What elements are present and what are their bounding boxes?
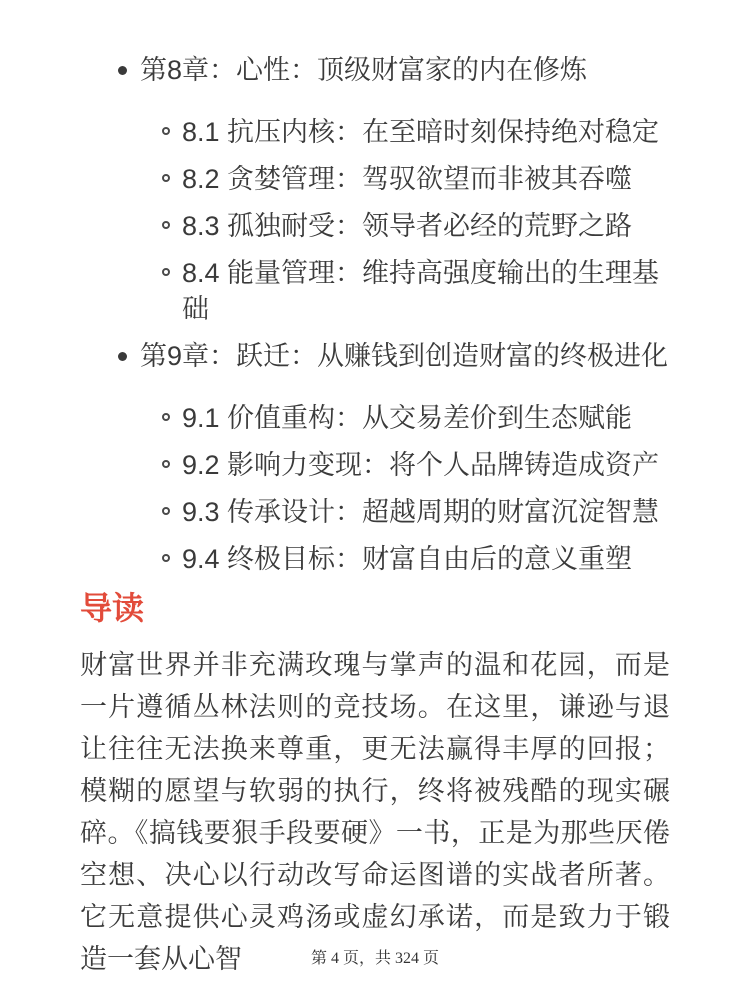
bullet-icon [118,66,127,75]
document-page: 第8章：心性：顶级财富家的内在修炼 8.1 抗压内核：在至暗时刻保持绝对稳定 8… [0,0,750,1000]
circle-icon [162,174,170,182]
toc-section-9-4: 9.4 终极目标：财富自由后的意义重塑 [80,541,670,577]
toc-section-9-1: 9.1 价值重构：从交易差价到生态赋能 [80,400,670,436]
section-title: 9.1 价值重构：从交易差价到生态赋能 [182,403,632,433]
circle-icon [162,221,170,229]
circle-icon [162,460,170,468]
table-of-contents: 第8章：心性：顶级财富家的内在修炼 8.1 抗压内核：在至暗时刻保持绝对稳定 8… [80,52,670,577]
circle-icon [162,507,170,515]
section-title: 9.4 终极目标：财富自由后的意义重塑 [182,544,632,574]
toc-section-9-2: 9.2 影响力变现：将个人品牌铸造成资产 [80,447,670,483]
circle-icon [162,413,170,421]
toc-section-9-3: 9.3 传承设计：超越周期的财富沉淀智慧 [80,494,670,530]
toc-chapter-8: 第8章：心性：顶级财富家的内在修炼 8.1 抗压内核：在至暗时刻保持绝对稳定 8… [80,52,670,327]
toc-chapter-8-sections: 8.1 抗压内核：在至暗时刻保持绝对稳定 8.2 贪婪管理：驾驭欲望而非被其吞噬… [80,114,670,327]
section-title: 8.4 能量管理：维持高强度输出的生理基础 [182,258,659,324]
toc-chapter-9-label: 第9章：跃迁：从赚钱到创造财富的终极进化 [80,338,670,374]
toc-chapter-8-label: 第8章：心性：顶级财富家的内在修炼 [80,52,670,88]
toc-section-8-3: 8.3 孤独耐受：领导者必经的荒野之路 [80,208,670,244]
bullet-icon [118,352,127,361]
section-heading: 导读 [80,588,670,628]
chapter-title: 第8章：心性：顶级财富家的内在修炼 [140,55,587,85]
chapter-title: 第9章：跃迁：从赚钱到创造财富的终极进化 [140,341,668,371]
toc-section-8-2: 8.2 贪婪管理：驾驭欲望而非被其吞噬 [80,161,670,197]
toc-section-8-4: 8.4 能量管理：维持高强度输出的生理基础 [80,255,670,327]
circle-icon [162,127,170,135]
toc-chapter-9: 第9章：跃迁：从赚钱到创造财富的终极进化 9.1 价值重构：从交易差价到生态赋能… [80,338,670,577]
section-title: 9.2 影响力变现：将个人品牌铸造成资产 [182,450,659,480]
circle-icon [162,554,170,562]
section-title: 9.3 传承设计：超越周期的财富沉淀智慧 [182,497,659,527]
section-title: 8.1 抗压内核：在至暗时刻保持绝对稳定 [182,117,659,147]
toc-chapter-9-sections: 9.1 价值重构：从交易差价到生态赋能 9.2 影响力变现：将个人品牌铸造成资产… [80,400,670,577]
section-title: 8.3 孤独耐受：领导者必经的荒野之路 [182,211,632,241]
toc-section-8-1: 8.1 抗压内核：在至暗时刻保持绝对稳定 [80,114,670,150]
section-title: 8.2 贪婪管理：驾驭欲望而非被其吞噬 [182,164,632,194]
page-number-indicator: 第 4 页，共 324 页 [0,945,750,968]
intro-paragraph: 财富世界并非充满玫瑰与掌声的温和花园，而是一片遵循丛林法则的竞技场。在这里，谦逊… [80,644,670,980]
circle-icon [162,268,170,276]
